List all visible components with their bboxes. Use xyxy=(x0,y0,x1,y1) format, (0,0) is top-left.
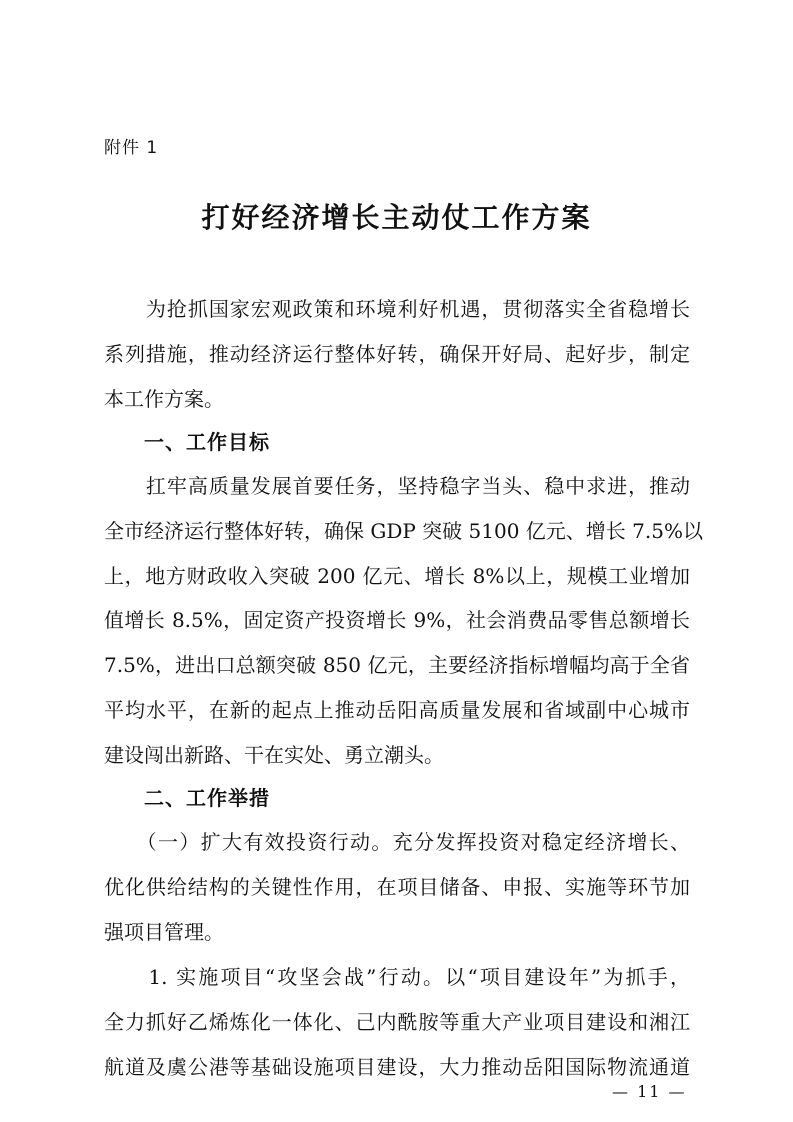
paragraph-line: 7.5%，进出口总额突破 850 亿元，主要经济指标增幅均高于全省 xyxy=(104,651,690,679)
paragraph-line: 上，地方财政收入突破 200 亿元、增长 8%以上，规模工业增加 xyxy=(104,562,690,590)
paragraph-line: 强项目管理。 xyxy=(104,918,690,946)
paragraph-line: 平均水平，在新的起点上推动岳阳高质量发展和省域副中心城市 xyxy=(104,696,690,724)
paragraph-line: （一）扩大有效投资行动。充分发挥投资对稳定经济增长、 xyxy=(104,828,690,856)
paragraph-line: 全市经济运行整体好转，确保 GDP 突破 5100 亿元、增长 7.5%以 xyxy=(104,517,690,545)
intro-line: 为抢抓国家宏观政策和环境利好机遇，贯彻落实全省稳增长 xyxy=(104,295,690,323)
paragraph-line: 值增长 8.5%，固定资产投资增长 9%，社会消费品零售总额增长 xyxy=(104,606,690,634)
paragraph-line: 扛牢高质量发展首要任务，坚持稳字当头、稳中求进，推动 xyxy=(104,472,690,500)
document-page: 附件 1 打好经济增长主动仗工作方案 为抢抓国家宏观政策和环境利好机遇，贯彻落实… xyxy=(0,0,793,1122)
paragraph-line: 建设闯出新路、干在实处、勇立潮头。 xyxy=(104,741,690,769)
paragraph-line: 优化供给结构的关键性作用，在项目储备、申报、实施等环节加 xyxy=(104,873,690,901)
paragraph-line: 1. 实施项目“攻坚会战”行动。以“项目建设年”为抓手， xyxy=(104,963,690,991)
paragraph-line: 航道及虞公港等基础设施项目建设，大力推动岳阳国际物流通道 xyxy=(104,1053,690,1081)
document-title: 打好经济增长主动仗工作方案 xyxy=(0,196,793,236)
intro-line: 系列措施，推动经济运行整体好转，确保开好局、起好步，制定 xyxy=(104,340,690,368)
section-heading-goals: 一、工作目标 xyxy=(144,428,270,456)
attachment-label: 附件 1 xyxy=(104,133,158,158)
paragraph-line: 全力抓好乙烯炼化一体化、己内酰胺等重大产业项目建设和湘江 xyxy=(104,1008,690,1036)
page-number: — 11 — xyxy=(612,1082,687,1101)
intro-line: 本工作方案。 xyxy=(104,385,690,413)
section-heading-measures: 二、工作举措 xyxy=(144,784,270,812)
